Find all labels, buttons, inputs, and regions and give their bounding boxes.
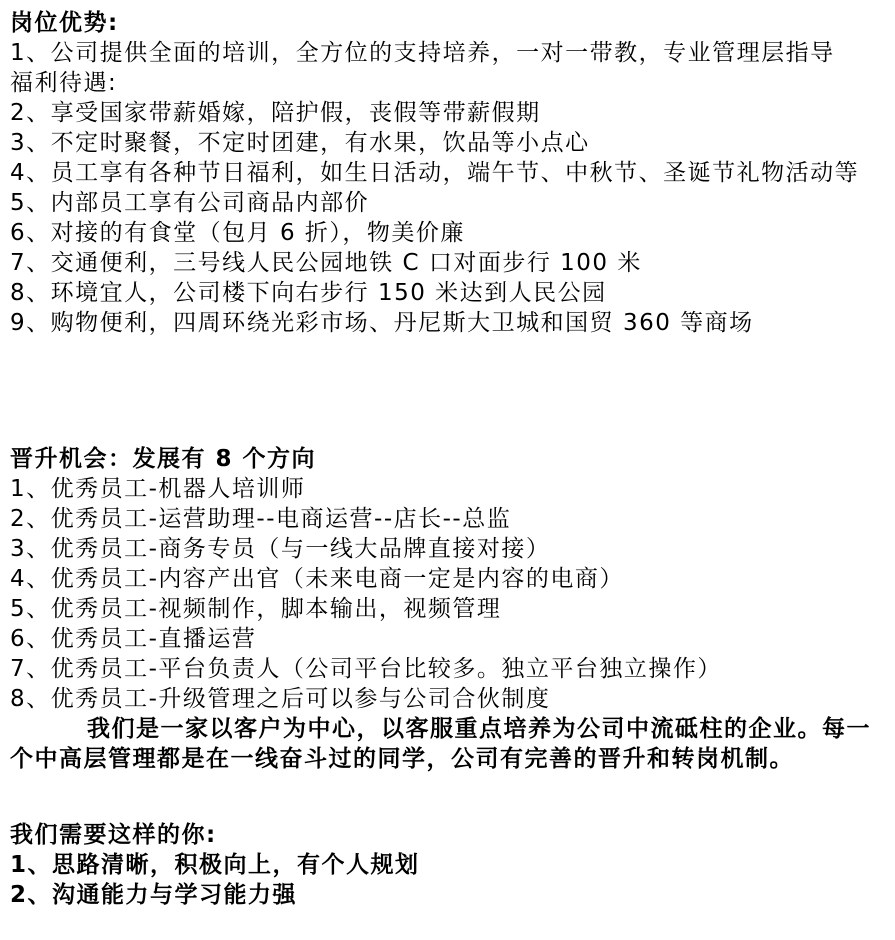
promotion-line-operations: 2、优秀员工-运营助理--电商运营--店长--总监 [10, 504, 891, 534]
promotion-summary-paragraph: 我们是一家以客户为中心，以客服重点培养为公司中流砥柱的企业。每一个中高层管理都是… [10, 714, 891, 774]
job-advantages-line-canteen: 6、对接的有食堂（包月 6 折），物美价廉 [10, 218, 891, 248]
section-promotion: 晋升机会：发展有 8 个方向 1、优秀员工-机器人培训师 2、优秀员工-运营助理… [10, 444, 891, 774]
job-advantages-heading: 岗位优势: [10, 8, 891, 38]
job-advantages-line-environment: 8、环境宜人，公司楼下向右步行 150 米达到人民公园 [10, 278, 891, 308]
promotion-line-partnership: 8、优秀员工-升级管理之后可以参与公司合伙制度 [10, 684, 891, 714]
requirements-line-communication: 2、沟通能力与学习能力强 [10, 880, 891, 910]
job-advantages-line-paid-leave: 2、享受国家带薪婚嫁，陪护假，丧假等带薪假期 [10, 98, 891, 128]
requirements-heading: 我们需要这样的你: [10, 820, 891, 850]
job-advantages-line-holiday-gifts: 4、员工享有各种节日福利，如生日活动，端午节、中秋节、圣诞节礼物活动等 [10, 158, 891, 188]
section-job-advantages: 岗位优势: 1、公司提供全面的培训，全方位的支持培养，一对一带教，专业管理层指导… [10, 8, 891, 338]
job-advantages-line-training: 1、公司提供全面的培训，全方位的支持培养，一对一带教，专业管理层指导 [10, 38, 891, 68]
requirements-line-clear-thinking: 1、思路清晰，积极向上，有个人规划 [10, 850, 891, 880]
promotion-line-platform-lead: 7、优秀员工-平台负责人（公司平台比较多。独立平台独立操作） [10, 654, 891, 684]
promotion-line-robot-trainer: 1、优秀员工-机器人培训师 [10, 474, 891, 504]
promotion-heading: 晋升机会：发展有 8 个方向 [10, 444, 891, 474]
section-requirements: 我们需要这样的你: 1、思路清晰，积极向上，有个人规划 2、沟通能力与学习能力强 [10, 820, 891, 910]
job-description-document: 岗位优势: 1、公司提供全面的培训，全方位的支持培养，一对一带教，专业管理层指导… [0, 0, 895, 910]
promotion-line-video: 5、优秀员工-视频制作，脚本输出，视频管理 [10, 594, 891, 624]
promotion-line-content: 4、优秀员工-内容产出官（未来电商一定是内容的电商） [10, 564, 891, 594]
job-advantages-subheading-benefits: 福利待遇: [10, 68, 891, 98]
job-advantages-line-transport: 7、交通便利，三号线人民公园地铁 C 口对面步行 100 米 [10, 248, 891, 278]
promotion-line-business: 3、优秀员工-商务专员（与一线大品牌直接对接） [10, 534, 891, 564]
job-advantages-line-team-building: 3、不定时聚餐，不定时团建，有水果，饮品等小点心 [10, 128, 891, 158]
job-advantages-line-shopping: 9、购物便利，四周环绕光彩市场、丹尼斯大卫城和国贸 360 等商场 [10, 308, 891, 338]
promotion-line-livestream: 6、优秀员工-直播运营 [10, 624, 891, 654]
job-advantages-line-internal-price: 5、内部员工享有公司商品内部价 [10, 188, 891, 218]
